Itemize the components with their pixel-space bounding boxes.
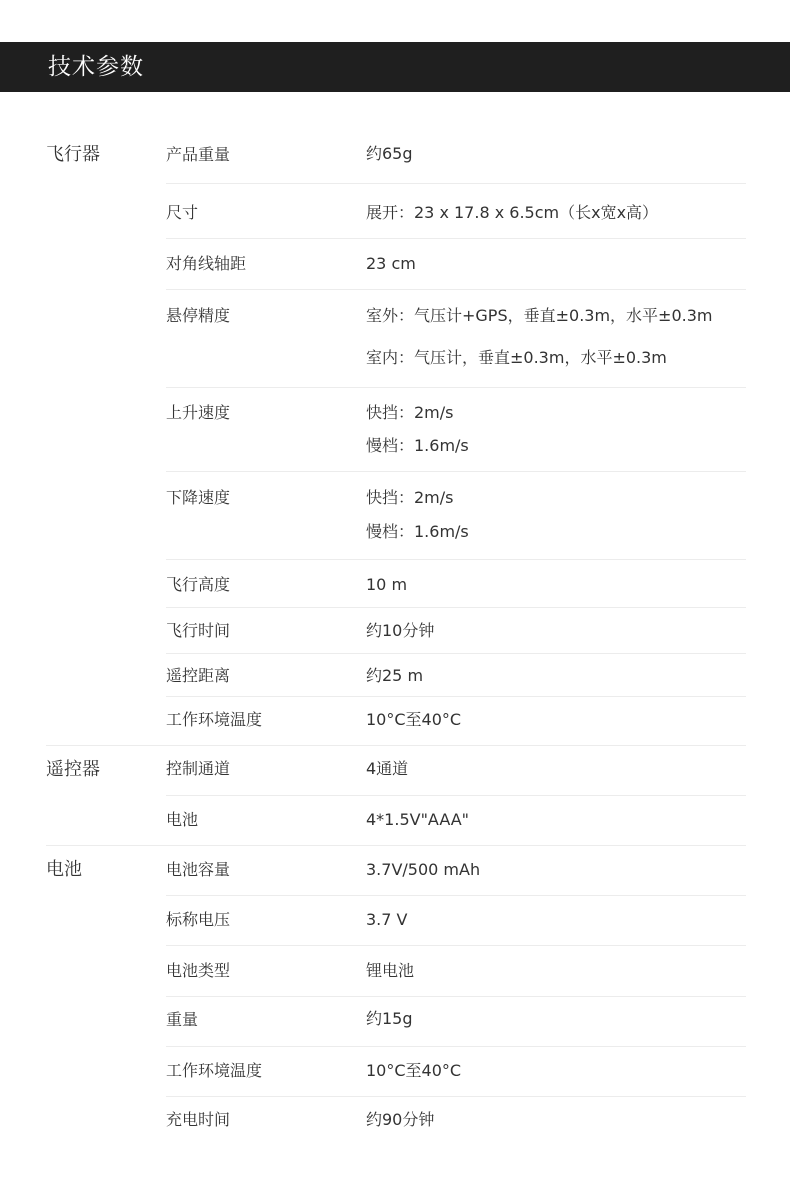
- spec-label: 尺寸: [166, 203, 198, 223]
- section-header: 技术参数: [0, 42, 790, 92]
- row-divider: [166, 996, 746, 997]
- row-divider: [166, 471, 746, 472]
- row-divider: [166, 183, 746, 184]
- spec-value: 约15g: [366, 1009, 413, 1029]
- spec-value: 4通道: [366, 759, 408, 779]
- spec-label: 飞行时间: [166, 621, 230, 641]
- spec-value: 3.7 V: [366, 910, 407, 930]
- spec-value: 3.7V/500 mAh: [366, 860, 480, 880]
- spec-value: 慢档：1.6m/s: [366, 522, 469, 542]
- spec-label: 遥控距离: [166, 666, 230, 686]
- row-divider: [166, 895, 746, 896]
- spec-value: 室内：气压计，垂直±0.3m，水平±0.3m: [366, 348, 667, 368]
- spec-label: 产品重量: [166, 145, 230, 165]
- spec-value: 23 cm: [366, 254, 416, 274]
- section-divider: [46, 845, 746, 846]
- section-label-battery: 电池: [46, 859, 82, 881]
- spec-label: 工作环境温度: [166, 710, 262, 730]
- spec-label: 工作环境温度: [166, 1061, 262, 1081]
- row-divider: [166, 696, 746, 697]
- row-divider: [166, 1046, 746, 1047]
- spec-label: 重量: [166, 1010, 198, 1030]
- spec-label: 对角线轴距: [166, 254, 246, 274]
- spec-label: 电池: [166, 810, 198, 830]
- section-label-aircraft: 飞行器: [46, 144, 100, 166]
- spec-value: 10°C至40°C: [366, 710, 461, 730]
- row-divider: [166, 559, 746, 560]
- spec-value: 慢档：1.6m/s: [366, 436, 469, 456]
- spec-label: 充电时间: [166, 1110, 230, 1130]
- spec-label: 电池容量: [166, 860, 230, 880]
- spec-value: 约25 m: [366, 666, 423, 686]
- spec-label: 上升速度: [166, 403, 230, 423]
- spec-value: 10°C至40°C: [366, 1061, 461, 1081]
- spec-value: 展开：23 x 17.8 x 6.5cm（长x宽x高）: [366, 203, 658, 223]
- spec-value: 10 m: [366, 575, 407, 595]
- row-divider: [166, 289, 746, 290]
- spec-label: 控制通道: [166, 759, 230, 779]
- row-divider: [166, 607, 746, 608]
- spec-value: 约90分钟: [366, 1110, 434, 1130]
- row-divider: [166, 945, 746, 946]
- row-divider: [166, 387, 746, 388]
- row-divider: [166, 795, 746, 796]
- spec-label: 飞行高度: [166, 575, 230, 595]
- spec-value: 约10分钟: [366, 621, 434, 641]
- row-divider: [166, 653, 746, 654]
- section-divider: [46, 745, 746, 746]
- section-label-remote: 遥控器: [46, 759, 100, 781]
- spec-label: 悬停精度: [166, 306, 230, 326]
- page-title: 技术参数: [48, 53, 144, 81]
- spec-value: 快挡：2m/s: [366, 488, 454, 508]
- spec-label: 电池类型: [166, 961, 230, 981]
- row-divider: [166, 1096, 746, 1097]
- spec-value: 4*1.5V"AAA": [366, 810, 469, 830]
- row-divider: [166, 238, 746, 239]
- spec-label: 标称电压: [166, 910, 230, 930]
- spec-value: 锂电池: [366, 961, 414, 981]
- spec-value: 室外：气压计+GPS，垂直±0.3m，水平±0.3m: [366, 306, 713, 326]
- spec-value: 快挡：2m/s: [366, 403, 454, 423]
- spec-label: 下降速度: [166, 488, 230, 508]
- spec-value: 约65g: [366, 144, 413, 164]
